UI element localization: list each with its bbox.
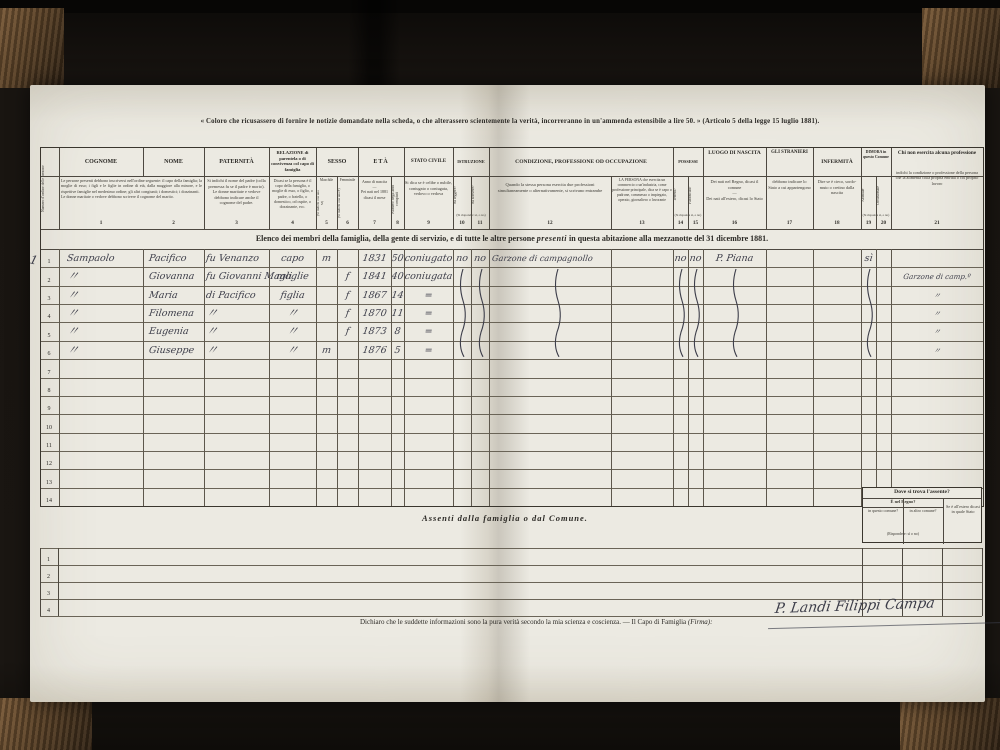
dove-col-questo-comune: in questo comune? xyxy=(864,508,902,513)
dove-divider xyxy=(903,498,904,544)
cell-r5-cognome: 〃 xyxy=(58,324,144,339)
col-header-relazione: RELAZIONE di parentela o di convivenza c… xyxy=(269,150,316,176)
col-number-cognome: 1 xyxy=(59,220,143,226)
header-col-line xyxy=(813,148,814,229)
row-line xyxy=(41,378,983,379)
assenti-title: Assenti dalla famiglia o dal Comune. xyxy=(360,513,650,523)
col-number-stato: 9 xyxy=(404,220,453,226)
ditto-brace-scrive xyxy=(477,269,487,357)
assenti-row-line xyxy=(40,582,982,583)
header-col-line xyxy=(703,148,704,229)
desc-luogo-nascita: Dei nati nel Regno, dicasi il comune — D… xyxy=(705,179,764,221)
desc-cognome-nome: Le persone presenti debbono inscriversi … xyxy=(61,178,202,220)
cell-r2-relazione: moglie xyxy=(268,269,317,284)
ditto-brace-fabbricati xyxy=(692,269,702,357)
cell-r3-cognome: 〃 xyxy=(58,288,144,303)
row-col-line xyxy=(316,249,317,506)
row-number: 3 xyxy=(41,296,57,302)
header-label-line xyxy=(143,148,144,176)
cell-r6-relazione: 〃 xyxy=(268,343,317,358)
row-col-line xyxy=(391,249,392,506)
declaration-text: Dichiaro che le suddette informazioni so… xyxy=(360,618,688,626)
row-line xyxy=(41,341,983,342)
col-header-cognome: COGNOME xyxy=(59,148,143,176)
row-number: 11 xyxy=(41,443,57,449)
header-rule xyxy=(41,176,983,177)
col-number-infermita: 18 xyxy=(813,220,861,226)
row-col-line xyxy=(471,249,472,506)
sub-header-anno-nascita: Anno di nascita — Pei nati nel 1881 dica… xyxy=(359,179,390,219)
cell-r5-eta_anno: 1873 xyxy=(357,324,392,339)
col-header-chi-non-esercita: Chi non esercita alcuna professione xyxy=(891,150,983,168)
sub-header-fabbricati: Fabbricati? xyxy=(688,178,703,212)
col-header-sesso: SESSO xyxy=(316,148,358,176)
firma-label: (Firma): xyxy=(688,618,713,626)
col-header-possessi: POSSESSI xyxy=(673,148,703,176)
col-number-stranieri: 17 xyxy=(766,220,813,226)
note-maschile: (Si indichi con una M) xyxy=(316,188,337,218)
col-header-numero-ordine: Numero d'ordine delle persone xyxy=(41,148,59,229)
dove-divider xyxy=(863,507,943,508)
cell-r6-paternita: 〃 xyxy=(203,343,270,358)
shadow-band xyxy=(348,0,400,86)
col-number-scrive: 11 xyxy=(471,220,489,226)
declaration-line: Dichiaro che le suddette informazioni so… xyxy=(360,618,830,626)
sub-header-sa-leggere: Sa leggere? xyxy=(453,178,471,212)
row-line xyxy=(41,488,983,489)
assenti-row-number: 2 xyxy=(40,574,57,580)
cell-r3-eta_anno: 1867 xyxy=(357,288,392,303)
cell-r5-sesso_f: f xyxy=(336,324,359,339)
elenco-band: Elenco dei membri della famiglia, della … xyxy=(41,229,983,249)
cell-r5-chinon: 〃 xyxy=(890,324,984,339)
row-number: 2 xyxy=(41,278,57,284)
cell-r2-nome: Giovanna xyxy=(142,269,205,284)
desc-relazione: Dicasi se la persona è il capo della fam… xyxy=(270,178,315,220)
margin-handwritten-mark: 1 xyxy=(28,252,39,267)
ditto-brace-dim_ab xyxy=(865,269,875,357)
row-number: 13 xyxy=(41,480,57,486)
desc-condizione-12: Quando la stessa persona esercita due pr… xyxy=(493,182,607,220)
row-col-line xyxy=(688,249,689,506)
row-number: 8 xyxy=(41,388,57,394)
desc-infermita: Dire se è cieco, sordo-muto o cretino da… xyxy=(815,179,859,221)
cell-r6-cognome: 〃 xyxy=(58,343,144,358)
col-header-luogo-nascita: LUOGO DI NASCITA xyxy=(703,150,766,176)
cell-r5-nome: Eugenia xyxy=(142,324,205,339)
col-number-cond12: 12 xyxy=(489,220,611,226)
cell-r6-eta_anno: 1876 xyxy=(357,343,392,358)
cell-r1-cond12: Garzone di campagnollo xyxy=(488,251,612,266)
cell-r1-scrive: no xyxy=(470,251,490,266)
cell-r1-dim_ab: sì xyxy=(860,251,877,266)
row-col-line xyxy=(861,249,862,506)
row-number: 6 xyxy=(41,351,57,357)
cell-r4-eta_anno: 1870 xyxy=(357,306,392,321)
assenti-row-number: 1 xyxy=(40,557,57,563)
cell-r6-stato: = xyxy=(403,343,454,358)
col-number-luogo: 16 xyxy=(703,220,766,226)
row-col-line xyxy=(611,249,612,506)
cell-r1-stato: coniugato xyxy=(403,251,454,266)
row-col-line xyxy=(404,249,405,506)
col-number-nome: 2 xyxy=(143,220,204,226)
ditto-brace-luogo xyxy=(731,269,741,357)
note-femminile: (Si indichi con una F) xyxy=(337,188,358,218)
cell-r1-sesso_m: m xyxy=(315,251,338,266)
header-bottom-rule xyxy=(41,229,983,230)
cell-r4-sesso_f: f xyxy=(336,306,359,321)
cell-r1-relazione: capo xyxy=(268,251,317,266)
col-header-stranieri: GLI STRANIERI xyxy=(766,150,813,176)
cell-r5-stato: = xyxy=(403,324,454,339)
cell-r4-cognome: 〃 xyxy=(58,306,144,321)
row-number: 10 xyxy=(41,425,57,431)
col-number-chinon: 21 xyxy=(891,220,983,226)
col-header-stato-civile: STATO CIVILE xyxy=(404,148,453,176)
sub-header-anni-compiuti: Numero degli anni compiuti xyxy=(391,178,404,220)
header-col-line xyxy=(269,148,270,229)
elenco-post: in questa abitazione alla mezzanotte del… xyxy=(567,234,768,243)
cell-r1-paternita: fu Venanzo xyxy=(203,251,270,266)
sub-header-sa-scrivere: Sa scrivere? xyxy=(471,178,489,212)
elenco-pre: Elenco dei membri della famiglia, della … xyxy=(256,234,537,243)
cell-r3-stato: = xyxy=(403,288,454,303)
row-col-line xyxy=(358,249,359,506)
ditto-brace-terreni xyxy=(677,269,687,357)
header-col-line xyxy=(358,148,359,229)
cell-r2-stato: coniugata xyxy=(403,269,454,284)
row-number: 1 xyxy=(41,259,57,265)
header-col-line xyxy=(861,148,862,229)
row-number: 14 xyxy=(41,498,57,504)
assenti-row-number: 4 xyxy=(40,608,57,614)
cell-r3-chinon: 〃 xyxy=(890,288,984,303)
cell-r1-legge: no xyxy=(452,251,472,266)
sub-header-maschile: Maschile xyxy=(316,178,337,186)
col-number-sesso_f: 6 xyxy=(337,220,358,226)
cell-r2-cognome: 〃 xyxy=(58,269,144,284)
row-line xyxy=(41,469,983,470)
row-col-line xyxy=(673,249,674,506)
header-col-line xyxy=(891,148,892,229)
col-number-paternita: 3 xyxy=(204,220,269,226)
col-header-istruzione: ISTRUZIONE xyxy=(453,148,489,176)
assenti-col-line xyxy=(58,548,59,616)
col-header-dimora: DIMORA in questo Comune xyxy=(861,150,891,176)
cell-r3-sesso_f: f xyxy=(336,288,359,303)
wood-table-bottom-left xyxy=(0,698,92,750)
dove-divider xyxy=(943,498,944,544)
desc-chi-non-esercita: indichi la condizione o professione dell… xyxy=(895,170,979,220)
sub-header-terreni: Terreni? xyxy=(673,178,688,212)
header-col-line xyxy=(59,148,60,229)
desc-condizione-13: LA PERSONA che esercita un commercio o u… xyxy=(612,178,672,224)
row-line xyxy=(41,433,983,434)
dove-divider xyxy=(863,498,981,499)
row-line xyxy=(41,286,983,287)
row-line xyxy=(41,451,983,452)
row-number: 4 xyxy=(41,314,57,320)
col-number-relazione: 4 xyxy=(269,220,316,226)
cell-r4-chinon: 〃 xyxy=(890,306,984,321)
row-col-line xyxy=(337,249,338,506)
row-number: 5 xyxy=(41,333,57,339)
row-col-line xyxy=(813,249,814,506)
col-number-cond13: 13 xyxy=(611,220,673,226)
header-col-line xyxy=(404,148,405,229)
header-col-line xyxy=(453,148,454,229)
col-number-eta_anno: 7 xyxy=(358,220,391,226)
cell-r1-cognome: Sampaolo xyxy=(58,251,144,266)
row-col-line xyxy=(703,249,704,506)
row-col-line xyxy=(59,249,60,506)
assenti-row-line xyxy=(40,616,982,617)
cell-r4-paternita: 〃 xyxy=(203,306,270,321)
sub-header-abituale: Abituale xyxy=(861,178,876,212)
cell-r6-chinon: 〃 xyxy=(890,343,984,358)
cell-r3-relazione: figlia xyxy=(268,288,317,303)
sub-header-occasionale: Occasionale xyxy=(876,178,891,212)
row-number: 7 xyxy=(41,370,57,376)
desc-stranieri: debbono indicare lo Stato a cui apparten… xyxy=(768,179,811,221)
dove-title: Dove si trova l'assente? xyxy=(863,489,981,495)
row-col-line xyxy=(453,249,454,506)
row-col-line xyxy=(876,249,877,506)
col-number-eta_anni: 8 xyxy=(391,220,404,226)
legal-notice: « Coloro che ricusassero di fornire le n… xyxy=(100,118,920,125)
col-number-legge: 10 xyxy=(453,220,471,226)
census-sheet-paper: 1 « Coloro che ricusassero di fornire le… xyxy=(30,85,985,702)
col-number-dim_ab: 19 xyxy=(861,220,876,226)
cell-r4-nome: Filomena xyxy=(142,306,205,321)
col-header-paternita: PATERNITÀ xyxy=(204,148,269,176)
row-number: 12 xyxy=(41,461,57,467)
wood-table-top-left xyxy=(0,8,64,88)
head-of-family-signature: P. Landi Filippi Campa xyxy=(774,593,1000,617)
row-line xyxy=(41,304,983,305)
wood-table-bottom-right xyxy=(900,698,1000,750)
col-header-nome: NOME xyxy=(143,148,204,176)
dove-col-estero: Se è all'estero dicasi in quale Stato xyxy=(944,504,982,514)
assenti-row-line xyxy=(40,548,982,549)
row-col-line xyxy=(766,249,767,506)
col-header-eta: ETÀ xyxy=(358,148,404,176)
col-header-infermita: INFERMITÀ xyxy=(813,148,861,176)
elenco-bottom-rule xyxy=(41,249,983,250)
header-col-line xyxy=(489,148,490,229)
row-col-line xyxy=(143,249,144,506)
elenco-presenti: presenti xyxy=(537,234,567,243)
cell-r4-stato: = xyxy=(403,306,454,321)
dark-top-strip xyxy=(0,0,1000,13)
row-line xyxy=(41,359,983,360)
row-col-line xyxy=(204,249,205,506)
cell-r4-relazione: 〃 xyxy=(268,306,317,321)
row-col-line xyxy=(269,249,270,506)
cell-r1-nome: Pacifico xyxy=(142,251,205,266)
cell-r2-sesso_f: f xyxy=(336,269,359,284)
dove-col-altro-comune: in altro comune? xyxy=(904,508,942,513)
row-col-line xyxy=(489,249,490,506)
header-col-line xyxy=(673,148,674,229)
sub-header-femminile: Femminile xyxy=(337,178,358,186)
header-col-line xyxy=(766,148,767,229)
col-number-sesso_m: 5 xyxy=(316,220,337,226)
col-number-terreni: 14 xyxy=(673,220,688,226)
desc-paternita: Si indichi il nome del padre (colla prem… xyxy=(206,178,267,220)
row-number: 9 xyxy=(41,406,57,412)
cell-r2-paternita: fu Giovanni Magli xyxy=(203,269,270,284)
row-line xyxy=(41,414,983,415)
cell-r2-eta_anno: 1841 xyxy=(357,269,392,284)
col-header-condizione: CONDIZIONE, PROFESSIONE OD OCCUPAZIONE xyxy=(489,148,673,176)
header-col-line xyxy=(204,148,205,229)
cell-r3-nome: Maria xyxy=(142,288,205,303)
cell-r6-nome: Giuseppe xyxy=(142,343,205,358)
dove-si-trova-box: Dove si trova l'assente? È nel Regno? in… xyxy=(862,487,982,543)
wood-table-top-right xyxy=(922,8,1000,88)
col-number-dim_oc: 20 xyxy=(876,220,891,226)
desc-stato-civile: Si dica se è celibe o nubile, coniugato … xyxy=(405,180,452,220)
assenti-row-number: 3 xyxy=(40,591,57,597)
row-col-line xyxy=(891,249,892,506)
header-col-line xyxy=(316,148,317,229)
cell-r2-chinon: Garzone di camp.º xyxy=(890,269,984,284)
cell-r1-eta_anno: 1831 xyxy=(357,251,392,266)
cell-r1-luogo: P. Piana xyxy=(702,251,767,266)
cell-r6-sesso_m: m xyxy=(315,343,338,358)
col-number-fabbricati: 15 xyxy=(688,220,703,226)
ditto-brace-legge xyxy=(458,269,468,357)
cell-r3-paternita: di Pacifico xyxy=(203,288,270,303)
assenti-row-line xyxy=(40,565,982,566)
ditto-brace-cond12 xyxy=(553,269,563,357)
main-census-table: Numero d'ordine delle persone COGNOME NO… xyxy=(40,147,984,507)
row-line xyxy=(41,396,983,397)
cell-r5-paternita: 〃 xyxy=(203,324,270,339)
cell-r5-relazione: 〃 xyxy=(268,324,317,339)
photo-of-census-sheet: 1 « Coloro che ricusassero di fornire le… xyxy=(0,0,1000,750)
